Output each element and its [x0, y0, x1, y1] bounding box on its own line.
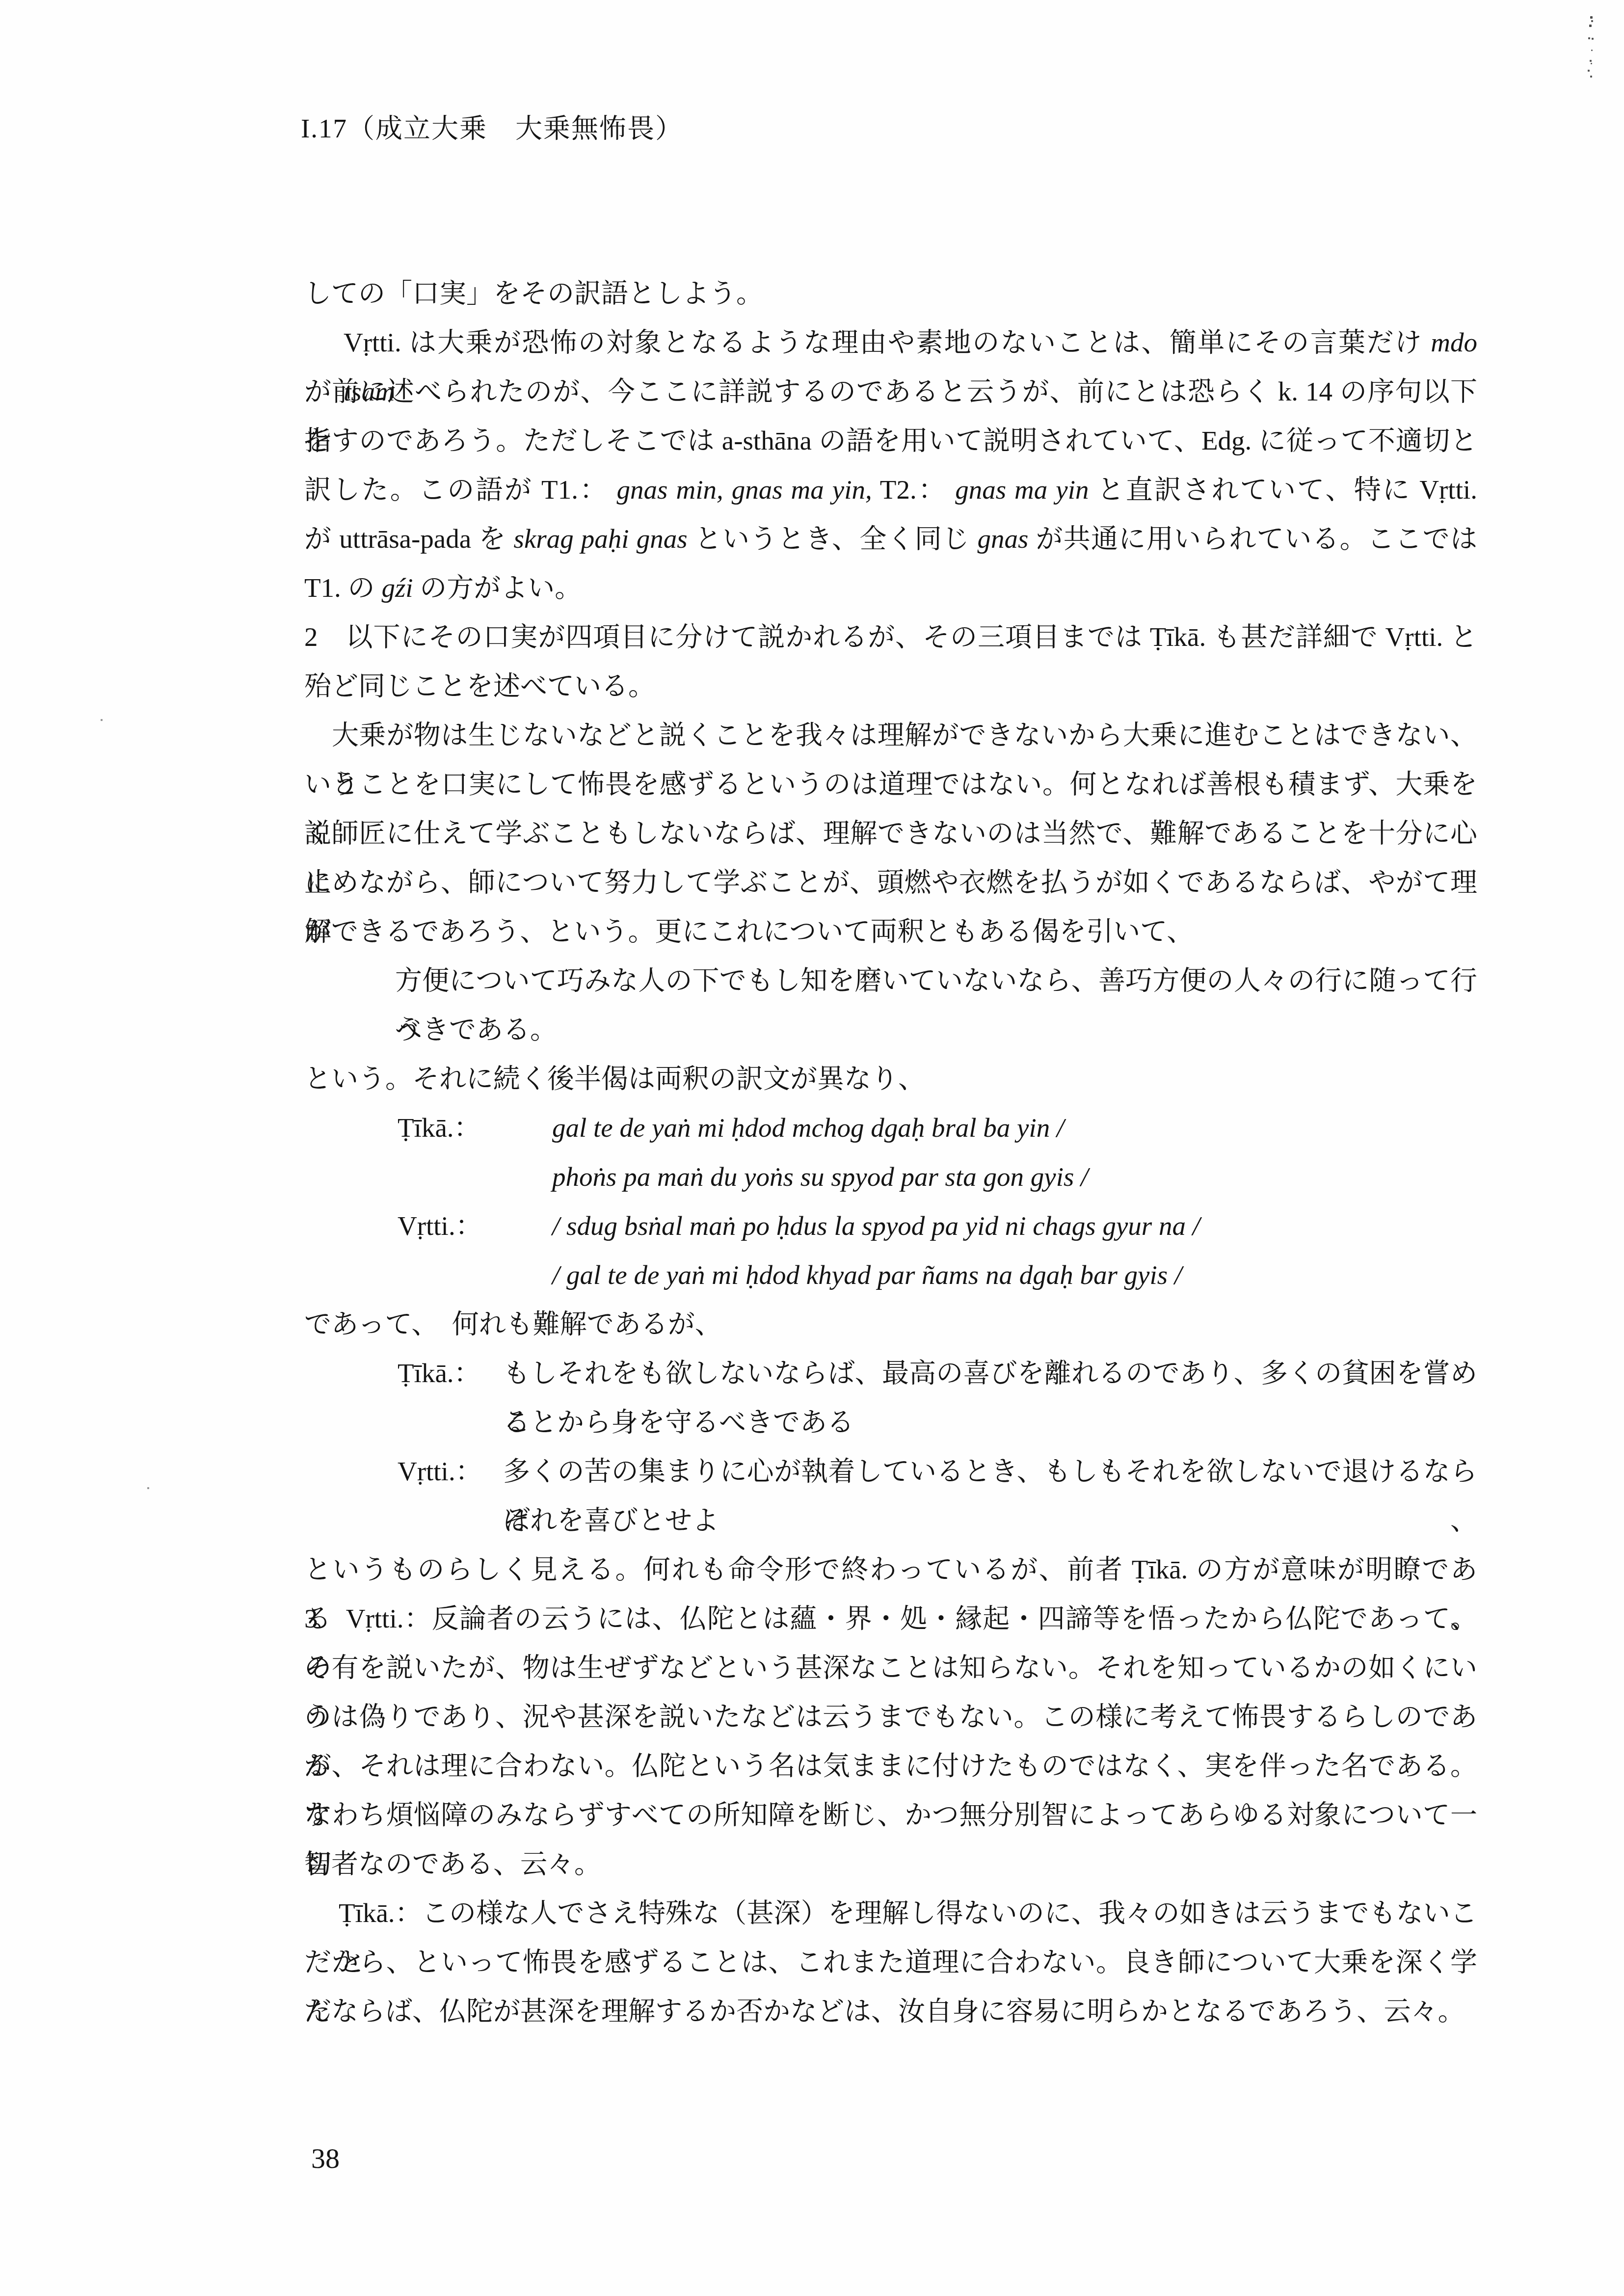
text-line-19: phoṅs pa maṅ du yoṅs su spyod par sta go…: [304, 1152, 1477, 1201]
verse-label: Ṭīkā.：: [398, 1349, 481, 1398]
text-line-24: ことから身を守るべきである: [304, 1398, 1477, 1447]
text-segment: T1.：: [541, 475, 616, 505]
text-segment: skrag paḥi gnas: [514, 524, 688, 554]
text-segment: k. 14: [1278, 376, 1332, 406]
text-segment: T2.：: [872, 475, 955, 505]
text-segment: gźi: [381, 573, 413, 603]
text-segment: 訳した。この語が: [304, 475, 541, 505]
text-line-30: のは偽りであり、況や甚深を説いたなどは云うまでもない。この様に考えて怖畏するらし…: [304, 1692, 1477, 1741]
scan-speck: [1588, 70, 1590, 72]
text-segment: の: [341, 573, 382, 603]
scan-speck: [1588, 37, 1590, 39]
text-line-33: 智者なのである、云々。: [304, 1840, 1477, 1889]
text-segment: の語を用いて説明されていて、: [812, 426, 1201, 455]
text-segment: という。それに続く後半偈は両釈の訳文が異なり、: [304, 1064, 925, 1094]
text-segment: Vṛtti.：: [346, 1603, 432, 1633]
text-line-35: だから、といって怖畏を感ずることは、これまた道理に合わない。良き師について大乗を…: [304, 1938, 1477, 1987]
text-line-26: それを喜びとせよ: [304, 1496, 1477, 1545]
verse-label: Vṛtti.：: [398, 1201, 482, 1251]
text-line-36: だならば、仏陀が甚深を理解するか否かなどは、汝自身に容易に明らかとなるであろう、…: [304, 1987, 1477, 2036]
text-segment: に従って不適切と: [1251, 426, 1477, 455]
text-segment: Ṭīkā.：: [339, 1898, 422, 1928]
text-segment: というものらしく見える。何れも命令形で終わっているが、前者: [304, 1554, 1132, 1584]
text-segment: ことから身を守るべきである: [503, 1407, 854, 1437]
text-line-18: Ṭīkā.：gal te de yaṅ mi ḥdod mchog dgaḥ b…: [304, 1103, 1477, 1152]
text-segment: が: [304, 524, 339, 554]
text-segment: も甚だ詳細で: [1206, 622, 1385, 652]
text-line-9: 殆ど同じことを述べている。: [304, 662, 1477, 711]
text-segment: 殆ど同じことを述べている。: [304, 671, 655, 701]
text-line-8: 2 以下にその口実が四項目に分けて説かれるが、その三項目までは Ṭīkā. も甚…: [304, 613, 1477, 662]
scan-speck: [1590, 16, 1593, 19]
text-line-14: ができるであろう、という。更にこれについて両釈ともある偈を引いて、: [304, 907, 1477, 956]
text-segment: を: [471, 524, 513, 554]
text-segment: 智者なのである、云々。: [304, 1849, 601, 1879]
text-line-13: 止めながら、師について努力して学ぶことが、頭燃や衣燃を払うが如くであるならば、や…: [304, 858, 1477, 907]
text-segment: Ṭīkā.: [1132, 1554, 1188, 1584]
text-segment: というとき、全く同じ: [688, 524, 978, 554]
text-segment: だならば、仏陀が甚深を理解するか否かなどは、汝自身に容易に明らかとなるであろう、…: [304, 1996, 1464, 2026]
scan-speck: [147, 1487, 149, 1489]
text-line-23: Ṭīkā.：もしそれをも欲しないならば、最高の喜びを離れるのであり、多くの貧困を…: [304, 1349, 1477, 1398]
text-segment: phoṅs pa maṅ du yoṅs su spyod par sta go…: [552, 1162, 1088, 1192]
text-segment: Vṛtti.: [1419, 475, 1477, 505]
text-segment: a-sthāna: [722, 426, 812, 455]
text-line-25: Vṛtti.：多くの苦の集まりに心が執着しているとき、もしもそれを欲しないで退け…: [304, 1447, 1477, 1496]
text-segment: / gal te de yaṅ mi ḥdod khyad par ñams n…: [552, 1260, 1182, 1290]
text-segment: と: [1443, 622, 1477, 652]
text-line-10: 大乗が物は生じないなどと説くことを我々は理解ができないから大乗に進むことはできな…: [304, 711, 1477, 760]
text-segment: gnas min, gnas ma yin,: [617, 475, 872, 505]
text-segment: ができるであろう、という。更にこれについて両釈ともある偈を引いて、: [304, 916, 1194, 946]
text-segment: Edg.: [1201, 426, 1251, 455]
text-segment: 3: [304, 1603, 346, 1633]
text-line-6: が uttrāsa-pada を skrag paḥi gnas というとき、全…: [304, 514, 1477, 563]
text-line-5: 訳した。この語が T1.： gnas min, gnas ma yin, T2.…: [304, 465, 1477, 514]
verse-label: Vṛtti.：: [398, 1447, 482, 1496]
page-header: I.17（成立大乗 大乗無怖畏）: [301, 104, 683, 153]
scan-speck: [1590, 76, 1592, 78]
text-line-3: が前に述べられたのが、今ここに詳説するのであると云うが、前にとは恐らく k. 1…: [304, 367, 1477, 416]
text-segment: Vṛtti.: [1385, 622, 1443, 652]
text-line-15: 方便について巧みな人の下でもし知を磨いていないなら、善巧方便の人々の行に随って行…: [304, 956, 1477, 1005]
text-segment: それを喜びとせよ: [503, 1505, 719, 1535]
document-page: I.17（成立大乗 大乗無怖畏） しての「口実」をその訳語としよう。Vṛtti.…: [0, 0, 1624, 2296]
scan-speck: [1591, 50, 1593, 51]
scan-speck: [1589, 25, 1592, 27]
text-segment: しての「口実」をその訳語としよう。: [304, 278, 763, 308]
text-line-21: / gal te de yaṅ mi ḥdod khyad par ñams n…: [304, 1251, 1477, 1300]
text-line-22: であって、 何れも難解であるが、: [304, 1300, 1477, 1349]
text-segment: が前に述べられたのが、今ここに詳説するのであると云うが、前にとは恐らく: [304, 376, 1278, 406]
text-line-29: の有を説いたが、物は生ぜずなどという甚深なことは知らない。それを知っているかの如…: [304, 1643, 1477, 1692]
text-segment: の方がよい。: [413, 573, 582, 603]
text-line-27: というものらしく見える。何れも命令形で終わっているが、前者 Ṭīkā. の方が意…: [304, 1545, 1477, 1594]
text-line-34: Ṭīkā.：この様な人でさえ特殊な（甚深）を理解し得ないのに、我々の如きは云うま…: [304, 1889, 1477, 1938]
text-line-12: く師匠に仕えて学ぶこともしないならば、理解できないのは当然で、難解であることを十…: [304, 809, 1477, 858]
text-line-2: Vṛtti. は大乗が恐怖の対象となるような理由や素地のないことは、簡単にその言…: [304, 318, 1477, 367]
text-line-32: なわち煩悩障のみならずすべての所知障を断じ、かつ無分別智によってあらゆる対象につ…: [304, 1790, 1477, 1840]
scan-speck: [101, 719, 103, 721]
text-line-17: という。それに続く後半偈は両釈の訳文が異なり、: [304, 1054, 1477, 1103]
text-line-1: しての「口実」をその訳語としよう。: [304, 269, 1477, 318]
text-block: しての「口実」をその訳語としよう。Vṛtti. は大乗が恐怖の対象となるような理…: [304, 269, 1477, 2036]
scan-speck: [1592, 38, 1594, 40]
text-line-16: べきである。: [304, 1005, 1477, 1054]
text-line-28: 3 Vṛtti.：反論者の云うには、仏陀とは蘊・界・処・縁起・四諦等を悟ったから…: [304, 1594, 1477, 1643]
text-segment: が共通に用いられている。ここでは: [1028, 524, 1477, 554]
scan-speck: [1590, 60, 1592, 62]
text-segment: gnas ma yin: [955, 475, 1089, 505]
text-segment: であって、 何れも難解であるが、: [304, 1309, 722, 1339]
text-line-11: いうことを口実にして怖畏を感ずるというのは道理ではない。何となれば善根も積まず、…: [304, 760, 1477, 809]
text-segment: と直訳されていて、特に: [1089, 475, 1420, 505]
verse-label: Ṭīkā.：: [398, 1103, 481, 1152]
text-segment: べきである。: [395, 1015, 557, 1044]
text-line-4: 指すのであろう。ただしそこでは a-sthāna の語を用いて説明されていて、E…: [304, 416, 1477, 465]
text-line-20: Vṛtti.：/ sdug bsṅal maṅ po ḥdus la spyod…: [304, 1201, 1477, 1251]
scan-speck: [1591, 63, 1592, 64]
text-segment: gal te de yaṅ mi ḥdod mchog dgaḥ bral ba…: [552, 1113, 1064, 1143]
text-segment: / sdug bsṅal maṅ po ḥdus la spyod pa yid…: [552, 1211, 1200, 1241]
text-line-31: が、それは理に合わない。仏陀という名は気ままに付けたものではなく、実を伴った名で…: [304, 1741, 1477, 1790]
text-segment: gnas: [977, 524, 1028, 554]
text-segment: uttrāsa-pada: [339, 524, 471, 554]
text-segment: は大乗が恐怖の対象となるような理由や素地のないことは、簡単にその言葉だけ: [401, 327, 1431, 357]
text-segment: 2 以下にその口実が四項目に分けて説かれるが、その三項目までは: [304, 622, 1150, 652]
page-number: 38: [311, 2144, 340, 2173]
scan-speck: [1591, 20, 1593, 22]
text-segment: T1.: [304, 573, 341, 603]
text-segment: 指すのであろう。ただしそこでは: [304, 426, 722, 455]
text-segment: Ṭīkā.: [1150, 622, 1206, 652]
text-segment: Vṛtti.: [344, 327, 401, 357]
text-line-7: T1. の gźi の方がよい。: [304, 563, 1477, 613]
